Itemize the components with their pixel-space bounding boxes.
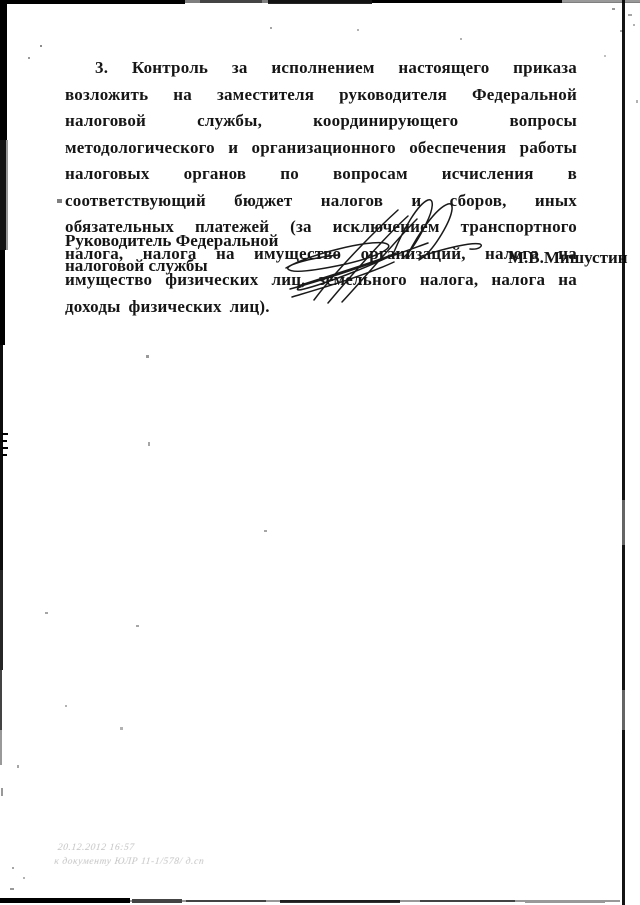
noise-speck [604, 55, 606, 57]
noise-speck [612, 8, 615, 10]
noise-speck [633, 24, 635, 26]
noise-speck [270, 27, 272, 29]
signatory-title-line2: налоговой службы [65, 253, 278, 278]
signatory-title: Руководитель Федеральной налоговой служб… [65, 228, 278, 278]
signature-ink [276, 196, 486, 308]
footer-stamp: 20.12.2012 16:57 к документу ЮЛР 11-1/57… [56, 841, 207, 869]
noise-speck [148, 442, 150, 446]
noise-speck [65, 705, 67, 707]
noise-speck [57, 199, 62, 203]
signatory-name: М.В.Мишустин [508, 248, 628, 268]
noise-speck [620, 30, 623, 32]
signatory-title-line1: Руководитель Федеральной [65, 228, 278, 253]
noise-speck [636, 100, 638, 103]
footer-stamp-line1: 20.12.2012 16:57 [57, 841, 206, 855]
footer-stamp-line2: к документу ЮЛР 11-1/578/ д.сп [54, 855, 205, 869]
noise-speck [45, 612, 48, 614]
noise-speck [146, 355, 149, 358]
noise-speck [23, 877, 25, 879]
noise-speck [460, 38, 462, 40]
noise-speck [264, 530, 267, 532]
noise-speck [40, 45, 42, 47]
noise-speck [12, 867, 14, 869]
noise-speck [628, 14, 632, 16]
scanned-document-page: 3. Контроль за исполнением настоящего пр… [0, 0, 640, 905]
noise-speck [136, 625, 139, 627]
noise-speck [10, 888, 14, 890]
noise-speck [357, 29, 359, 31]
noise-speck [28, 57, 30, 59]
noise-speck [120, 727, 123, 730]
noise-speck [17, 765, 19, 768]
noise-speck [560, 92, 562, 94]
